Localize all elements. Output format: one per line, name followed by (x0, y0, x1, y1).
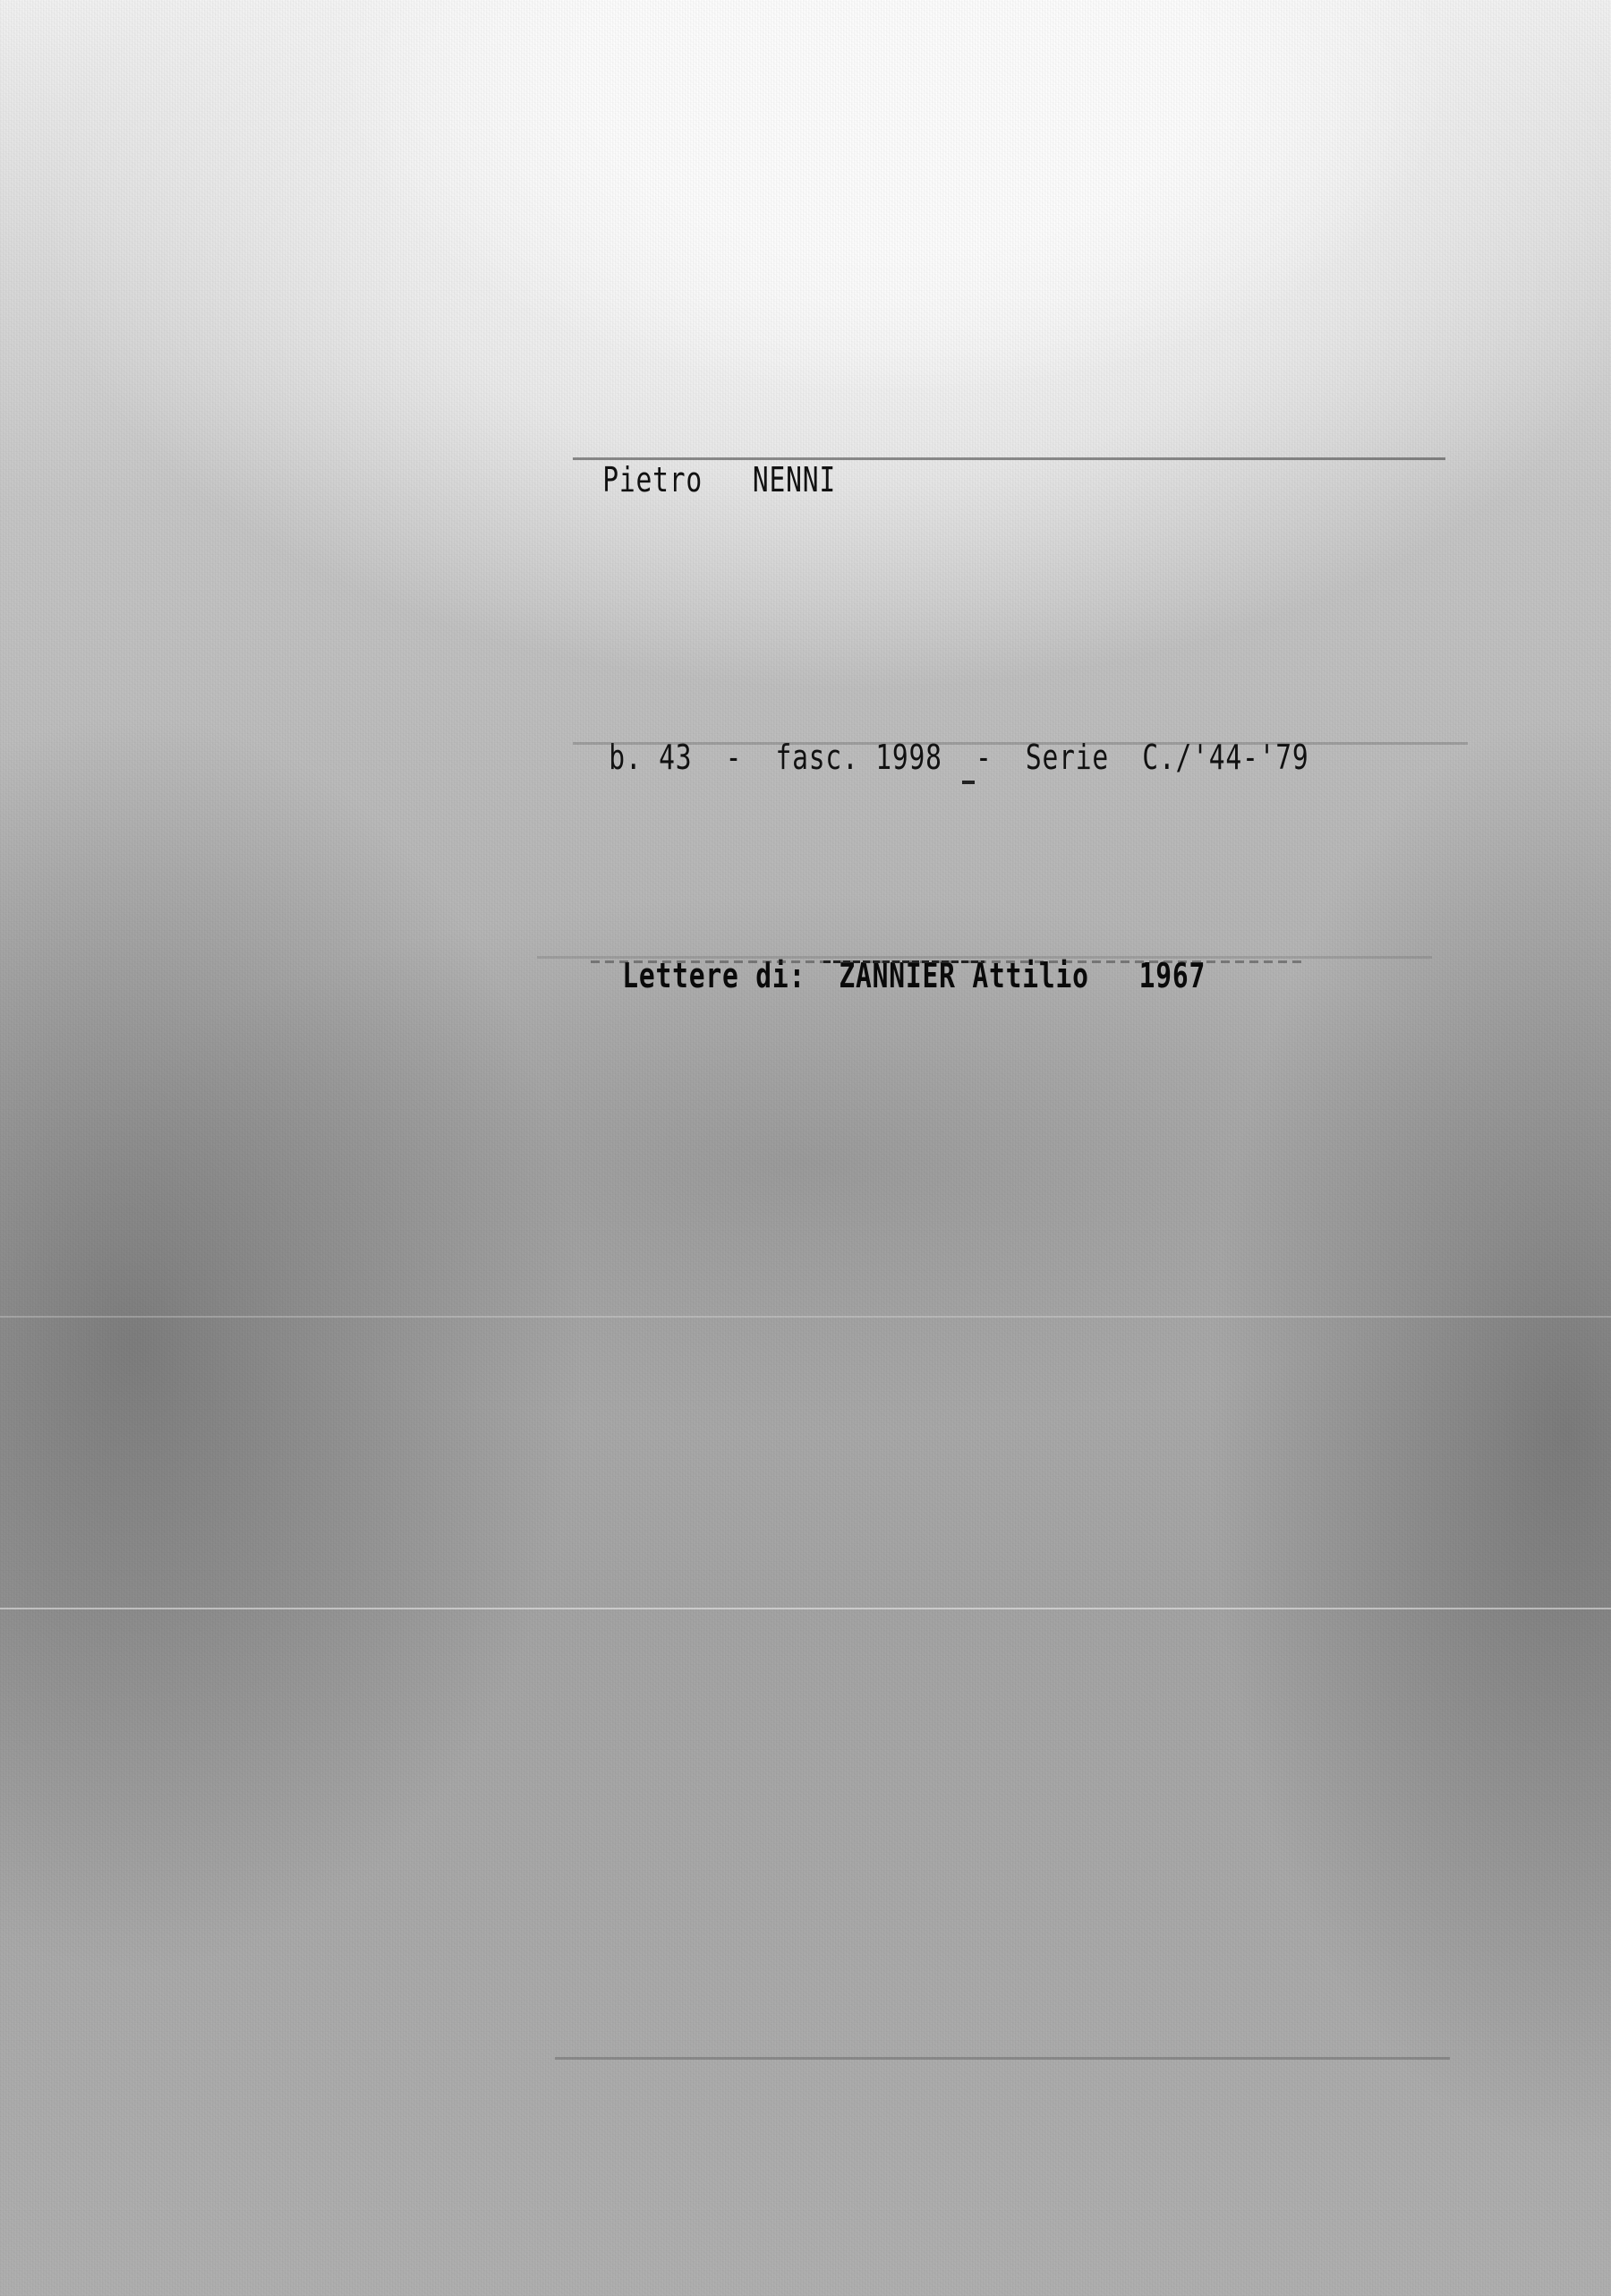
dash-mark (962, 781, 975, 784)
reference-rule (573, 742, 1468, 745)
header-last-name: NENNI (753, 460, 836, 499)
scan-artifact-line (0, 1316, 1611, 1318)
header-line: Pietro NENNI (569, 421, 836, 499)
scan-noise-texture (0, 0, 1611, 2296)
scan-artifact-line (0, 1608, 1611, 1609)
reference-line: b. 43 - fasc. 1998 - Serie C./'44-'79 (575, 698, 1309, 777)
header-rule (573, 457, 1445, 460)
surname-underline (823, 960, 984, 963)
header-first-name: Pietro (602, 460, 703, 499)
bottom-rule (555, 2057, 1450, 2060)
subject-rule (537, 956, 1432, 959)
